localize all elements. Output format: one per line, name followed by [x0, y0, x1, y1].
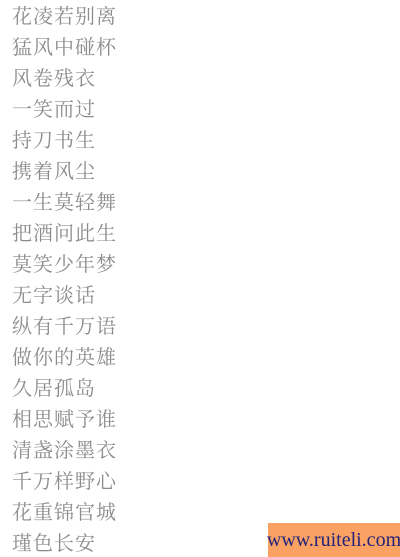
list-item: 携着风尘 — [12, 157, 400, 188]
list-item: 清盏涂墨衣 — [12, 436, 400, 467]
list-item: 一生莫轻舞 — [12, 188, 400, 219]
list-item: 做你的英雄 — [12, 343, 400, 374]
list-item: 久居孤岛 — [12, 374, 400, 405]
page: 花凌若别离 猛风中碰杯 风卷残衣 一笑而过 持刀书生 携着风尘 一生莫轻舞 把酒… — [0, 0, 400, 557]
list-item: 无字谈话 — [12, 281, 400, 312]
list-item: 相思赋予谁 — [12, 405, 400, 436]
list-item: 把酒问此生 — [12, 219, 400, 250]
list-item: 花凌若别离 — [12, 2, 400, 33]
watermark: www.ruiteli.com — [268, 523, 400, 557]
list-item: 千万样野心 — [12, 467, 400, 498]
list-item: 一笑而过 — [12, 95, 400, 126]
list-item: 持刀书生 — [12, 126, 400, 157]
list-item: 猛风中碰杯 — [12, 33, 400, 64]
name-list: 花凌若别离 猛风中碰杯 风卷残衣 一笑而过 持刀书生 携着风尘 一生莫轻舞 把酒… — [0, 0, 400, 557]
list-item: 风卷残衣 — [12, 64, 400, 95]
list-item: 莫笑少年梦 — [12, 250, 400, 281]
list-item: 纵有千万语 — [12, 312, 400, 343]
watermark-url: www.ruiteli.com — [267, 529, 400, 552]
